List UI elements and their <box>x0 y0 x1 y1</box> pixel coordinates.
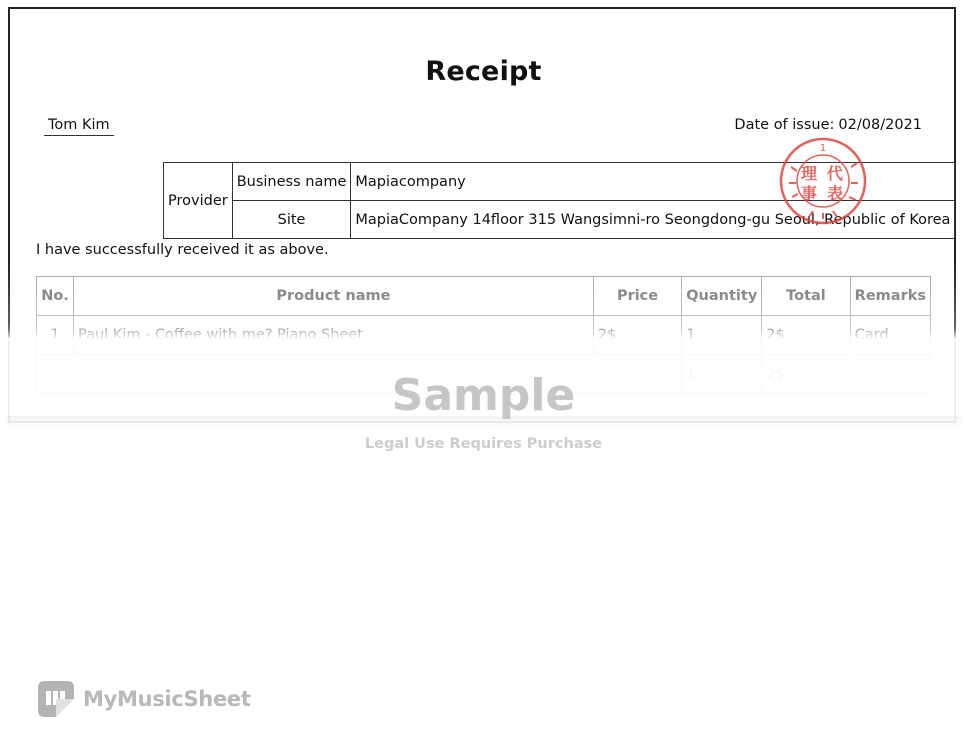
confirmation-text: I have successfully received it as above… <box>36 242 329 258</box>
svg-text:1: 1 <box>820 143 826 154</box>
brand-logo: MyMusicSheet <box>38 680 251 718</box>
recipient-name: Tom Kim <box>44 117 114 136</box>
sample-watermark-subtitle: Legal Use Requires Purchase <box>0 436 967 452</box>
svg-text:表: 表 <box>827 184 843 203</box>
business-name-label: Business name <box>232 163 351 201</box>
issue-date: Date of issue:02/08/2021 <box>734 117 922 133</box>
svg-text:事: 事 <box>801 184 817 203</box>
brand-name: MyMusicSheet <box>83 687 251 711</box>
provider-label: Provider <box>164 163 233 239</box>
preview-fade-overlay <box>0 262 967 342</box>
svg-text:代: 代 <box>827 164 844 183</box>
issue-date-value: 02/08/2021 <box>838 117 922 133</box>
site-label: Site <box>232 201 351 239</box>
receipt-title: Receipt <box>0 56 967 87</box>
sheet-logo-icon <box>38 681 74 717</box>
svg-text:理: 理 <box>801 164 818 183</box>
company-seal-icon: 1 理 代 事 表 <box>779 137 867 225</box>
sample-watermark: Sample <box>0 370 967 421</box>
issue-date-label: Date of issue: <box>734 117 834 133</box>
